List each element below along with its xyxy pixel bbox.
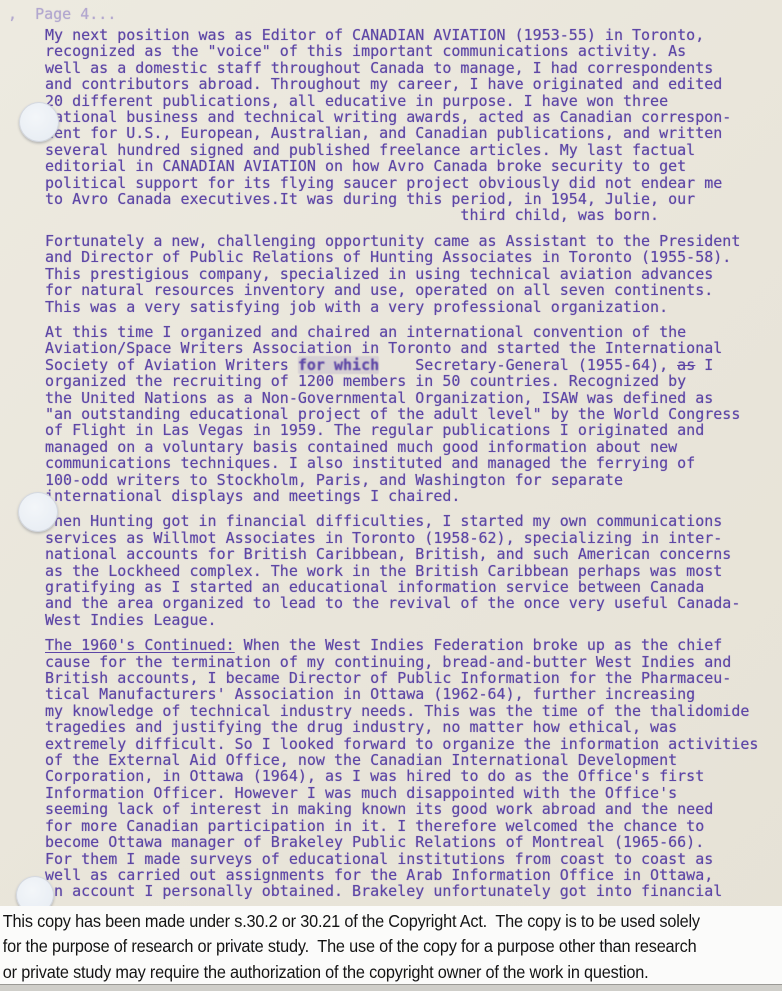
text-line: tical Manufacturers' Association in Otta…	[45, 686, 778, 702]
text-line: When Hunting got in financial difficulti…	[45, 513, 778, 529]
text-line: gratifying as I started an educational i…	[45, 579, 778, 595]
copyright-notice-text: This copy has been made under s.30.2 or …	[0, 906, 727, 985]
text-line: For them I made surveys of educational i…	[45, 851, 778, 867]
text-line: of the External Aid Office, now the Cana…	[45, 752, 778, 768]
text-line: well as a domestic staff throughout Cana…	[45, 60, 778, 76]
text-line: to Avro Canada executives.It was during …	[45, 191, 778, 207]
text-segment: Secretary-General (1955-64),	[379, 356, 677, 374]
text-segment-u: The 1960's Continued:	[45, 636, 235, 654]
text-line: organized the recruiting of 1200 members…	[45, 373, 778, 389]
text-line: "an outstanding educational project of t…	[45, 406, 778, 422]
paragraph: When Hunting got in financial difficulti…	[45, 513, 778, 628]
text-line: national accounts for British Caribbean,…	[45, 546, 778, 562]
punch-hole-top	[19, 102, 59, 142]
text-line: dent for U.S., European, Australian, and…	[45, 125, 778, 141]
text-segment-strike: as	[677, 356, 695, 374]
paragraph: The 1960's Continued: When the West Indi…	[45, 637, 778, 900]
text-line: editorial in CANADIAN AVIATION on how Av…	[45, 158, 778, 174]
typewritten-text: My next position was as Editor of CANADI…	[45, 27, 778, 909]
copyright-notice-line: for the purpose of research or private s…	[3, 934, 727, 959]
paragraph: At this time I organized and chaired an …	[45, 324, 778, 504]
text-line: At this time I organized and chaired an …	[45, 324, 778, 340]
text-line: Information Officer. However I was much …	[45, 785, 778, 801]
text-line: as the Lockheed complex. The work in the…	[45, 563, 778, 579]
text-line: third child, was born.	[45, 207, 778, 223]
copyright-notice-line: or private study may require the authori…	[3, 960, 727, 985]
text-line: for natural resources inventory and use,…	[45, 282, 778, 298]
text-line: seeming lack of interest in making known…	[45, 801, 778, 817]
text-line: This prestigious company, specialized in…	[45, 266, 778, 282]
text-line: several hundred signed and published fre…	[45, 142, 778, 158]
text-line: 100-odd writers to Stockholm, Paris, and…	[45, 472, 778, 488]
text-line: British accounts, I became Director of P…	[45, 670, 778, 686]
text-line: Fortunately a new, challenging opportuni…	[45, 233, 778, 249]
text-segment: Society of Aviation Writers	[45, 356, 298, 374]
text-line: and contributors abroad. Throughout my c…	[45, 76, 778, 92]
text-line: international displays and meetings I ch…	[45, 488, 778, 504]
text-line: My next position was as Editor of CANADI…	[45, 27, 778, 43]
text-line: of Flight in Las Vegas in 1959. The regu…	[45, 422, 778, 438]
text-line: communications techniques. I also instit…	[45, 455, 778, 471]
text-line: national business and technical writing …	[45, 109, 778, 125]
text-line: for more Canadian participation in it. I…	[45, 818, 778, 834]
text-line: well as carried out assignments for the …	[45, 867, 778, 883]
paragraph: Fortunately a new, challenging opportuni…	[45, 233, 778, 315]
text-line: political support for its flying saucer …	[45, 175, 778, 191]
paragraph: My next position was as Editor of CANADI…	[45, 27, 778, 224]
text-segment: I	[695, 356, 713, 374]
text-line: Corporation, in Ottawa (1964), as I was …	[45, 768, 778, 784]
text-line: managed on a voluntary basis contained m…	[45, 439, 778, 455]
copyright-notice-line: This copy has been made under s.30.2 or …	[3, 909, 727, 934]
scan-bottom-edge	[0, 984, 782, 991]
text-line: Society of Aviation Writers for which Se…	[45, 357, 778, 373]
text-line: The 1960's Continued: When the West Indi…	[45, 637, 778, 653]
text-line: 20 different publications, all educative…	[45, 93, 778, 109]
text-line: West Indies League.	[45, 612, 778, 628]
text-line: my knowledge of technical industry needs…	[45, 703, 778, 719]
text-line: the United Nations as a Non-Governmental…	[45, 390, 778, 406]
text-segment-smudge: for which	[298, 356, 379, 374]
text-line: services as Willmot Associates in Toront…	[45, 530, 778, 546]
text-line: cause for the termination of my continui…	[45, 654, 778, 670]
punch-hole-middle	[18, 492, 58, 532]
text-line: and Director of Public Relations of Hunt…	[45, 249, 778, 265]
text-line: recognized as the "voice" of this import…	[45, 43, 778, 59]
text-line: an account I personally obtained. Brakel…	[45, 883, 778, 899]
text-segment: When the West Indies Federation broke up…	[235, 636, 723, 654]
text-line: This was a very satisfying job with a ve…	[45, 299, 778, 315]
text-line: become Ottawa manager of Brakeley Public…	[45, 834, 778, 850]
text-line: and the area organized to lead to the re…	[45, 595, 778, 611]
page-number-header: , Page 4...	[8, 5, 116, 23]
text-line: Aviation/Space Writers Association in To…	[45, 340, 778, 356]
copyright-notice-strip: This copy has been made under s.30.2 or …	[0, 906, 782, 984]
text-line: extremely difficult. So I looked forward…	[45, 736, 778, 752]
scanned-typewritten-page: , Page 4... My next position was as Edit…	[0, 0, 782, 991]
text-line: tragedies and justifying the drug indust…	[45, 719, 778, 735]
